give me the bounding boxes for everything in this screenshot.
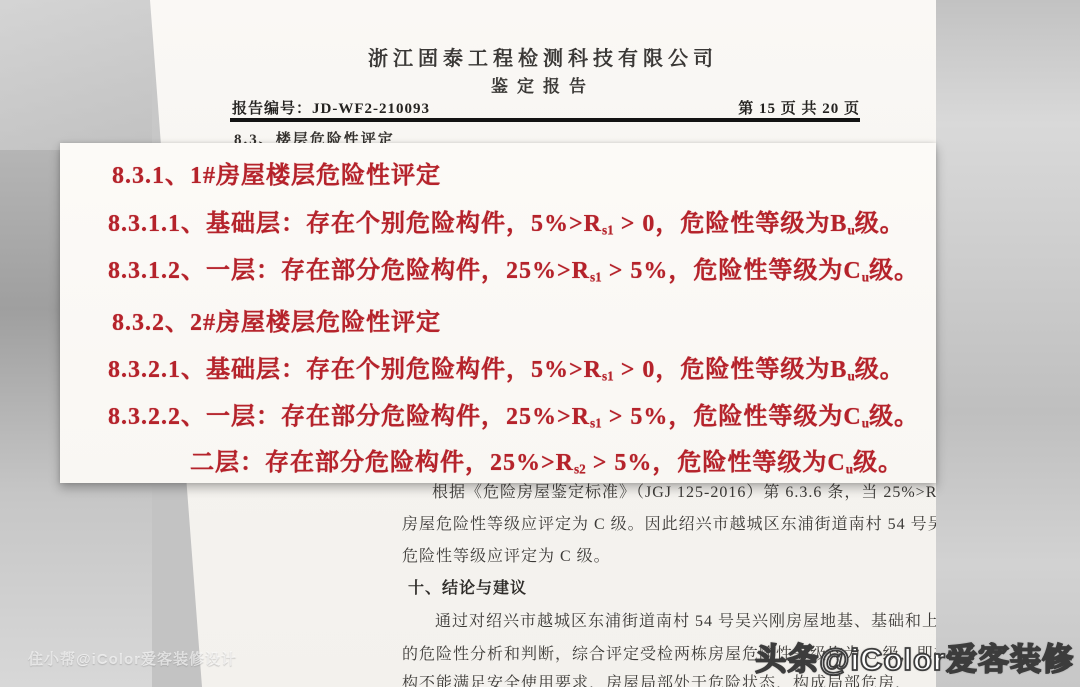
evaluation-line-8-3-2-1: 8.3.2.1、基础层：存在个别危险构件，5%>Rs1 > 0，危险性等级为Bu… [108,349,905,384]
evaluation-line-second-floor: 二层：存在部分危险构件，25%>Rs2 > 5%，危险性等级为Cu级。 [190,442,903,477]
page-indicator: 第 15 页 共 20 页 [738,97,860,118]
evaluation-line-8-3-1-2: 8.3.1.2、一层：存在部分危险构件，25%>Rs1 > 5%，危险性等级为C… [108,250,919,285]
evaluation-line-8-3-1-1: 8.3.1.1、基础层：存在个别危险构件，5%>Rs1 > 0，危险性等级为Bu… [108,203,905,238]
report-meta-row: 报告编号：JD-WF2-210093 第 15 页 共 20 页 [232,97,860,118]
body-text-line: 房屋危险性等级应评定为 C 级。因此绍兴市越城区东浦街道南村 54 号吴兴刚房屋 [402,511,1013,534]
evaluation-line-8-3-2: 8.3.2、2#房屋楼层危险性评定 [112,302,441,337]
company-name: 浙江固泰工程检测科技有限公司 [150,42,936,71]
header-divider-rule [230,118,860,122]
highlighted-excerpt-panel: 8.3.1、1#房屋楼层危险性评定 8.3.1.1、基础层：存在个别危险构件，5… [60,143,936,483]
screenshot-stage: 浙江固泰工程检测科技有限公司 鉴定报告 报告编号：JD-WF2-210093 第… [0,0,1080,687]
watermark-toutiao: 头条@iColor爱客装修 [755,634,1074,679]
conclusion-heading: 十、结论与建议 [408,575,527,598]
report-number: 报告编号：JD-WF2-210093 [232,97,430,118]
watermark-zhuxiaobang: 住小帮@iColor爱客装修设计 [28,648,237,669]
evaluation-line-8-3-2-2: 8.3.2.2、一层：存在部分危险构件，25%>Rs1 > 5%，危险性等级为C… [108,396,919,431]
body-text-line: 通过对绍兴市越城区东浦街道南村 54 号吴兴刚房屋地基、基础和上部结构构件 [435,608,1024,631]
document-type-title: 鉴定报告 [150,72,936,97]
photo-margin-right [933,0,1080,687]
evaluation-line-8-3-1: 8.3.1、1#房屋楼层危险性评定 [112,155,441,190]
body-text-line: 危险性等级应评定为 C 级。 [402,543,611,566]
